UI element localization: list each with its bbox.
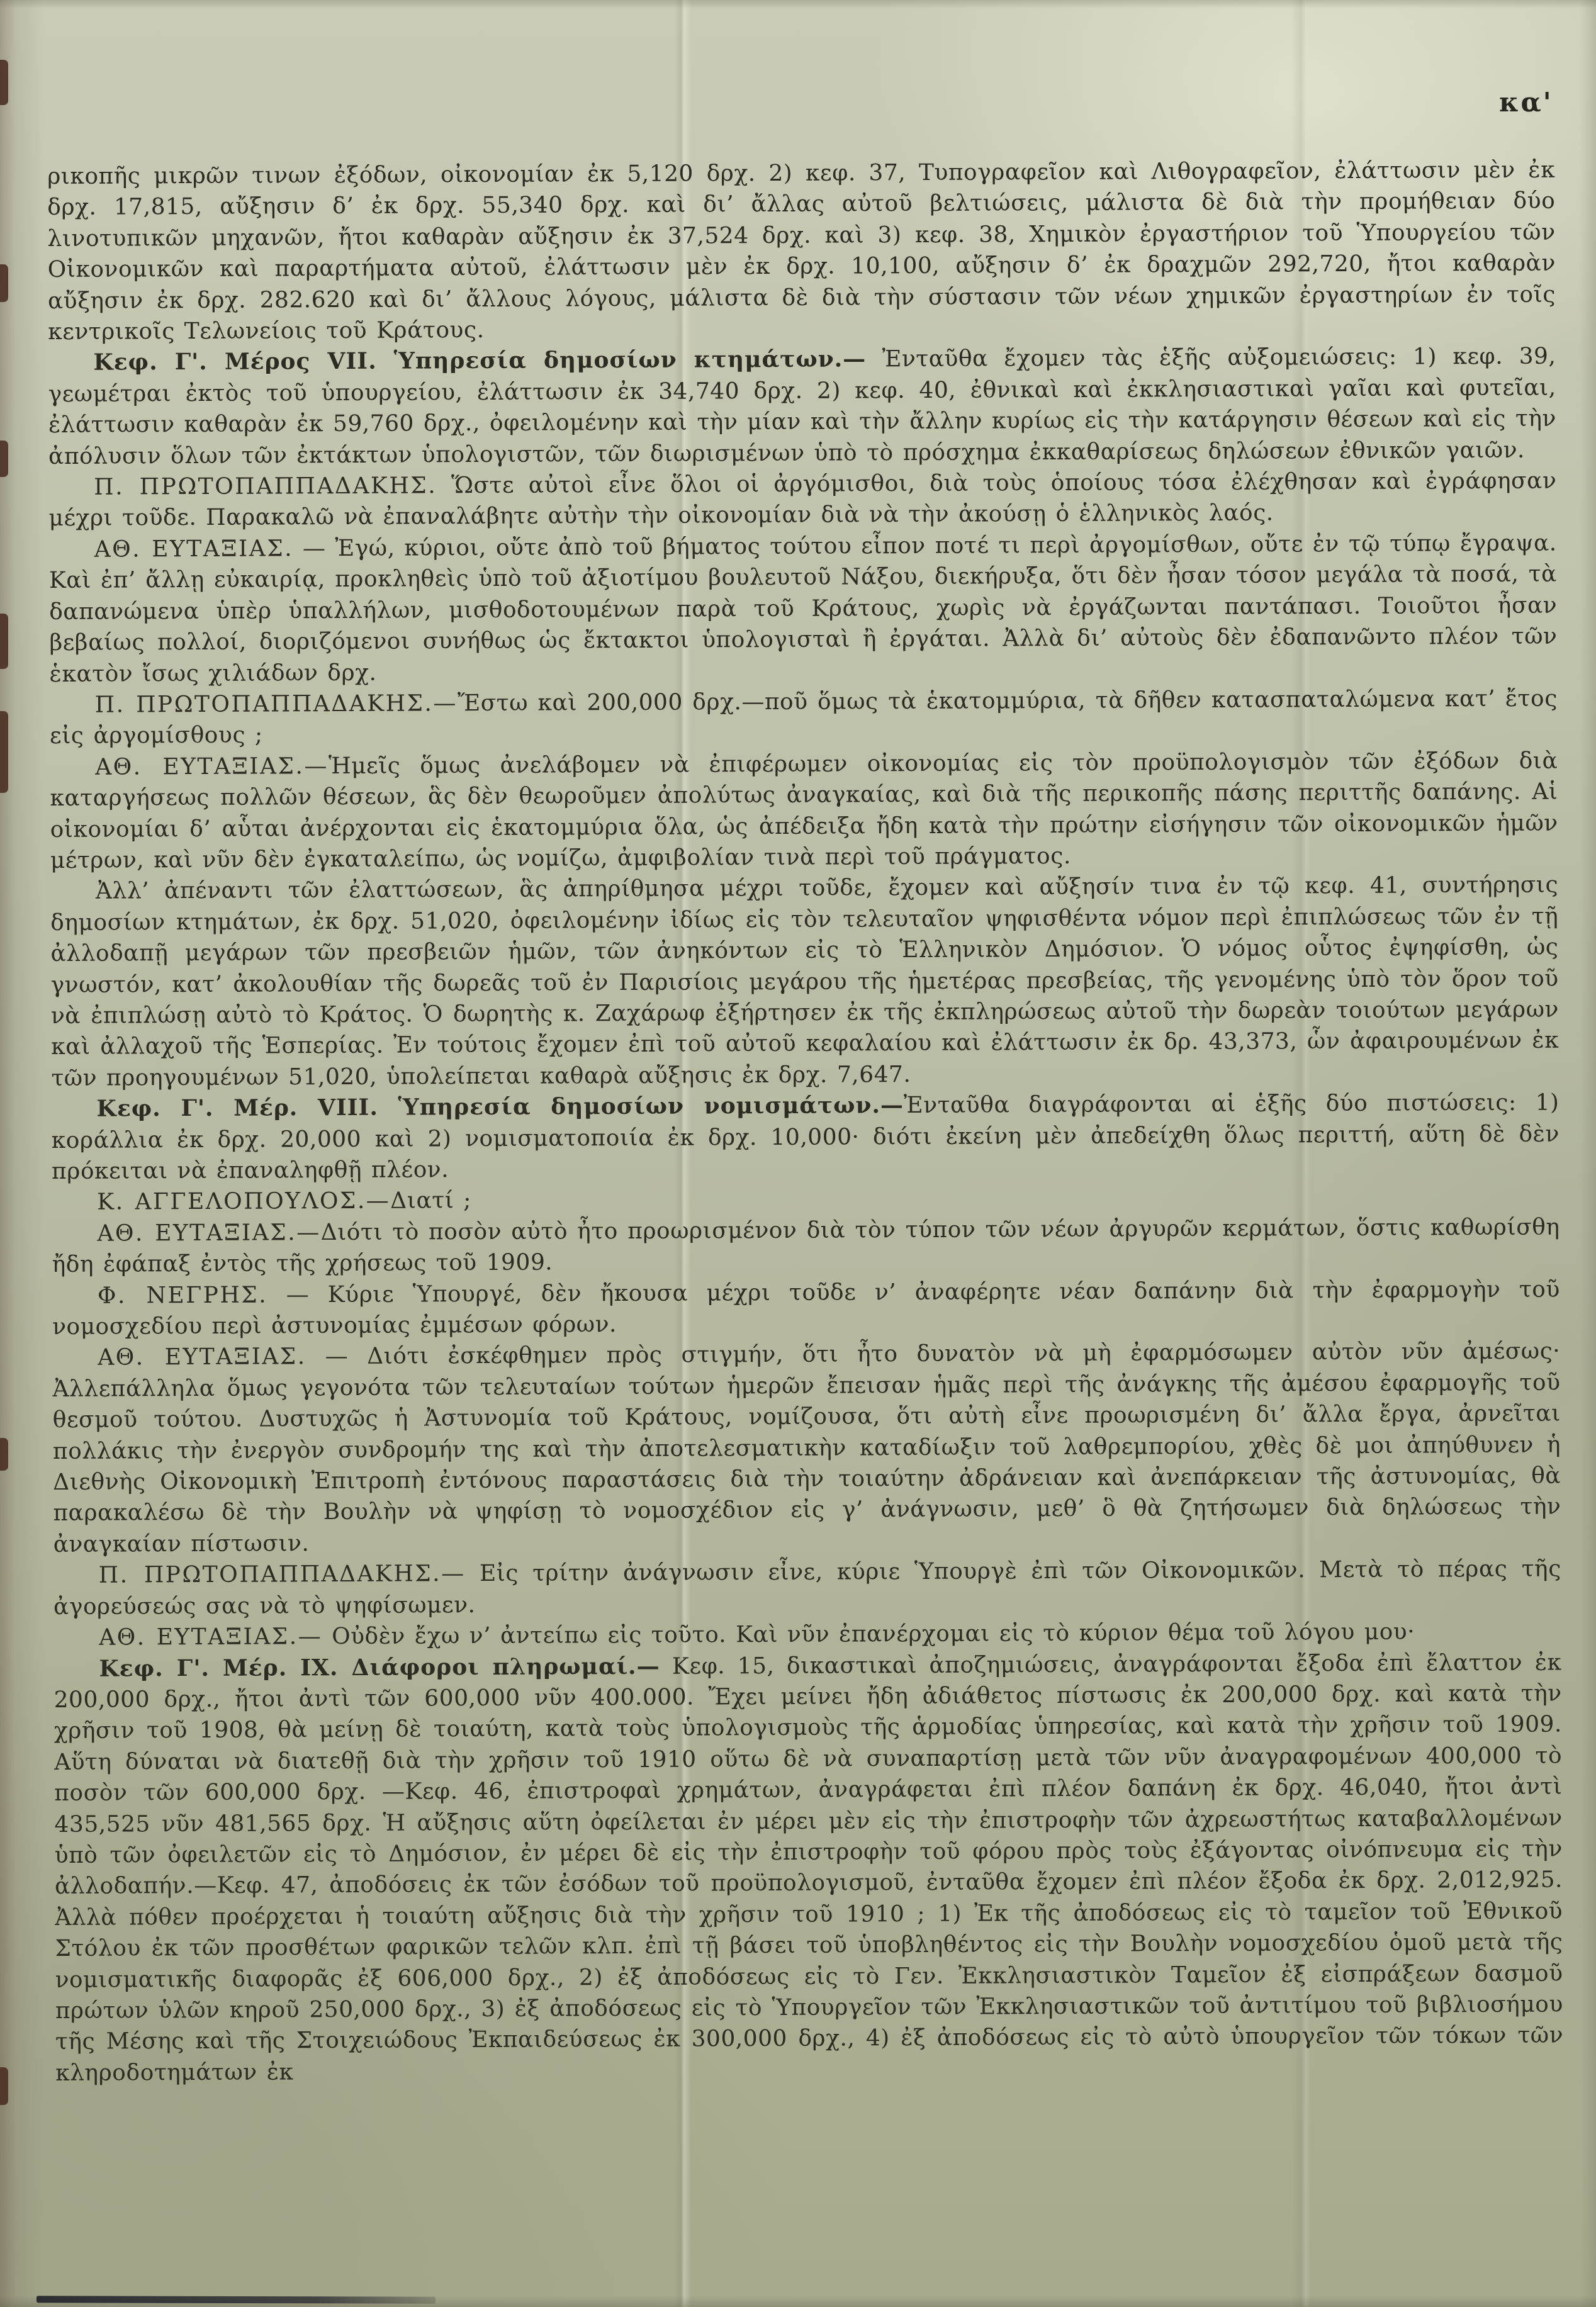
- page-gutter-mark: [0, 614, 8, 669]
- paragraph: Κεφ. Γ'. Μέρ. VIII. Ὑπηρεσία δημοσίων νο…: [51, 1087, 1559, 1187]
- speaker-name: ΑΘ. ΕΥΤΑΞΙΑΣ.—: [99, 1624, 322, 1651]
- scanned-document-page: κα' ρικοπῆς μικρῶν τινων ἐξόδων, οἰκονομ…: [0, 0, 1596, 2307]
- paragraph: ΑΘ. ΕΥΤΑΞΙΑΣ. — Διότι ἐσκέφθημεν πρὸς στ…: [52, 1336, 1561, 1560]
- paragraph: Κεφ. Γ'. Μέρος VII. Ὑπηρεσία δημοσίων κτ…: [48, 341, 1556, 472]
- paragraph: Φ. ΝΕΓΡΗΣ. — Κύριε Ὑπουργέ, δὲν ἤκουσα μ…: [52, 1274, 1560, 1342]
- page-gutter-mark: [0, 60, 8, 105]
- speaker-name: ΑΘ. ΕΥΤΑΞΙΑΣ.—: [95, 753, 329, 780]
- speaker-name: Κ. ΑΓΓΕΛΟΠΟΥΛΟΣ.—: [97, 1188, 390, 1215]
- page-edge-right: [1580, 0, 1596, 2307]
- speaker-name: Π. ΠΡΩΤΟΠΑΠΠΑΔΑΚΗΣ.—: [99, 1561, 466, 1588]
- page-gutter-mark: [0, 711, 8, 793]
- speaker-name: ΑΘ. ΕΥΤΑΞΙΑΣ.: [94, 536, 294, 562]
- body-text: ρικοπῆς μικρῶν τινων ἐξόδων, οἰκονομίαν …: [47, 157, 1556, 345]
- binding-gutter-shadow: [0, 0, 44, 2307]
- page-gutter-mark: [0, 1438, 8, 1471]
- paragraph: ΑΘ. ΕΥΤΑΞΙΑΣ. — Ἐγώ, κύριοι, οὔτε ἀπὸ το…: [49, 527, 1558, 689]
- paragraph: Κεφ. Γ'. Μέρ. IX. Διάφοροι πληρωμαί.— Κε…: [53, 1647, 1563, 2089]
- section-heading: Κεφ. Γ'. Μέρ. VIII. Ὑπηρεσία δημοσίων νο…: [96, 1092, 904, 1122]
- paragraph: ρικοπῆς μικρῶν τινων ἐξόδων, οἰκονομίαν …: [47, 155, 1556, 348]
- text-block: ρικοπῆς μικρῶν τινων ἐξόδων, οἰκονομίαν …: [47, 155, 1563, 2089]
- body-text: Ἀλλ’ ἀπέναντι τῶν ἐλαττώσεων, ἃς ἀπηρίθμ…: [50, 872, 1559, 1091]
- bottom-edge-ink-mark: [37, 2296, 436, 2304]
- paragraph: ΑΘ. ΕΥΤΑΞΙΑΣ.—Ἡμεῖς ὅμως ἀνελάβομεν νὰ ἐ…: [50, 745, 1558, 876]
- speaker-name: Π. ΠΡΩΤΟΠΑΠΠΑΔΑΚΗΣ.—: [95, 690, 458, 718]
- body-text: Οὐδὲν ἔχω ν’ ἀντείπω εἰς τοῦτο. Καὶ νῦν …: [322, 1619, 1415, 1650]
- body-text: — Διότι ἐσκέφθημεν πρὸς στιγμήν, ὅτι ἦτο…: [52, 1339, 1561, 1558]
- body-text: Κεφ. 15, δικαστικαὶ ἀποζημιώσεις, ἀναγρά…: [54, 1649, 1564, 2086]
- paragraph: Ἀλλ’ ἀπέναντι τῶν ἐλαττώσεων, ἃς ἀπηρίθμ…: [50, 870, 1559, 1094]
- speaker-name: Φ. ΝΕΓΡΗΣ.: [98, 1282, 267, 1308]
- body-text: — Κύριε Ὑπουργέ, δὲν ἤκουσα μέχρι τοῦδε …: [52, 1276, 1560, 1340]
- section-heading: Κεφ. Γ'. Μέρ. IX. Διάφοροι πληρωμαί.—: [99, 1653, 660, 1681]
- page-number: κα': [1499, 87, 1553, 118]
- paragraph: Π. ΠΡΩΤΟΠΑΠΠΑΔΑΚΗΣ. Ὥστε αὐτοὶ εἶνε ὅλοι…: [48, 466, 1556, 534]
- speaker-name: ΑΘ. ΕΥΤΑΞΙΑΣ.: [98, 1344, 306, 1371]
- speaker-name: ΑΘ. ΕΥΤΑΞΙΑΣ.—: [97, 1220, 320, 1247]
- paragraph: Π. ΠΡΩΤΟΠΑΠΠΑΔΑΚΗΣ.— Εἰς τρίτην ἀνάγνωσι…: [53, 1554, 1561, 1622]
- paragraph: Π. ΠΡΩΤΟΠΑΠΠΑΔΑΚΗΣ.—Ἔστω καὶ 200,000 δρχ…: [50, 683, 1558, 751]
- page-gutter-mark: [0, 441, 8, 477]
- body-text: Διατί ;: [390, 1187, 471, 1214]
- speaker-name: Π. ΠΡΩΤΟΠΑΠΠΑΔΑΚΗΣ.: [94, 473, 437, 500]
- page-gutter-mark: [0, 264, 8, 302]
- page-edge-top: [0, 0, 1596, 9]
- section-heading: Κεφ. Γ'. Μέρος VII. Ὑπηρεσία δημοσίων κτ…: [93, 346, 866, 376]
- page-gutter-mark: [0, 2067, 8, 2105]
- paragraph: ΑΘ. ΕΥΤΑΞΙΑΣ.—Διότι τὸ ποσὸν αὐτὸ ἦτο πρ…: [52, 1211, 1559, 1280]
